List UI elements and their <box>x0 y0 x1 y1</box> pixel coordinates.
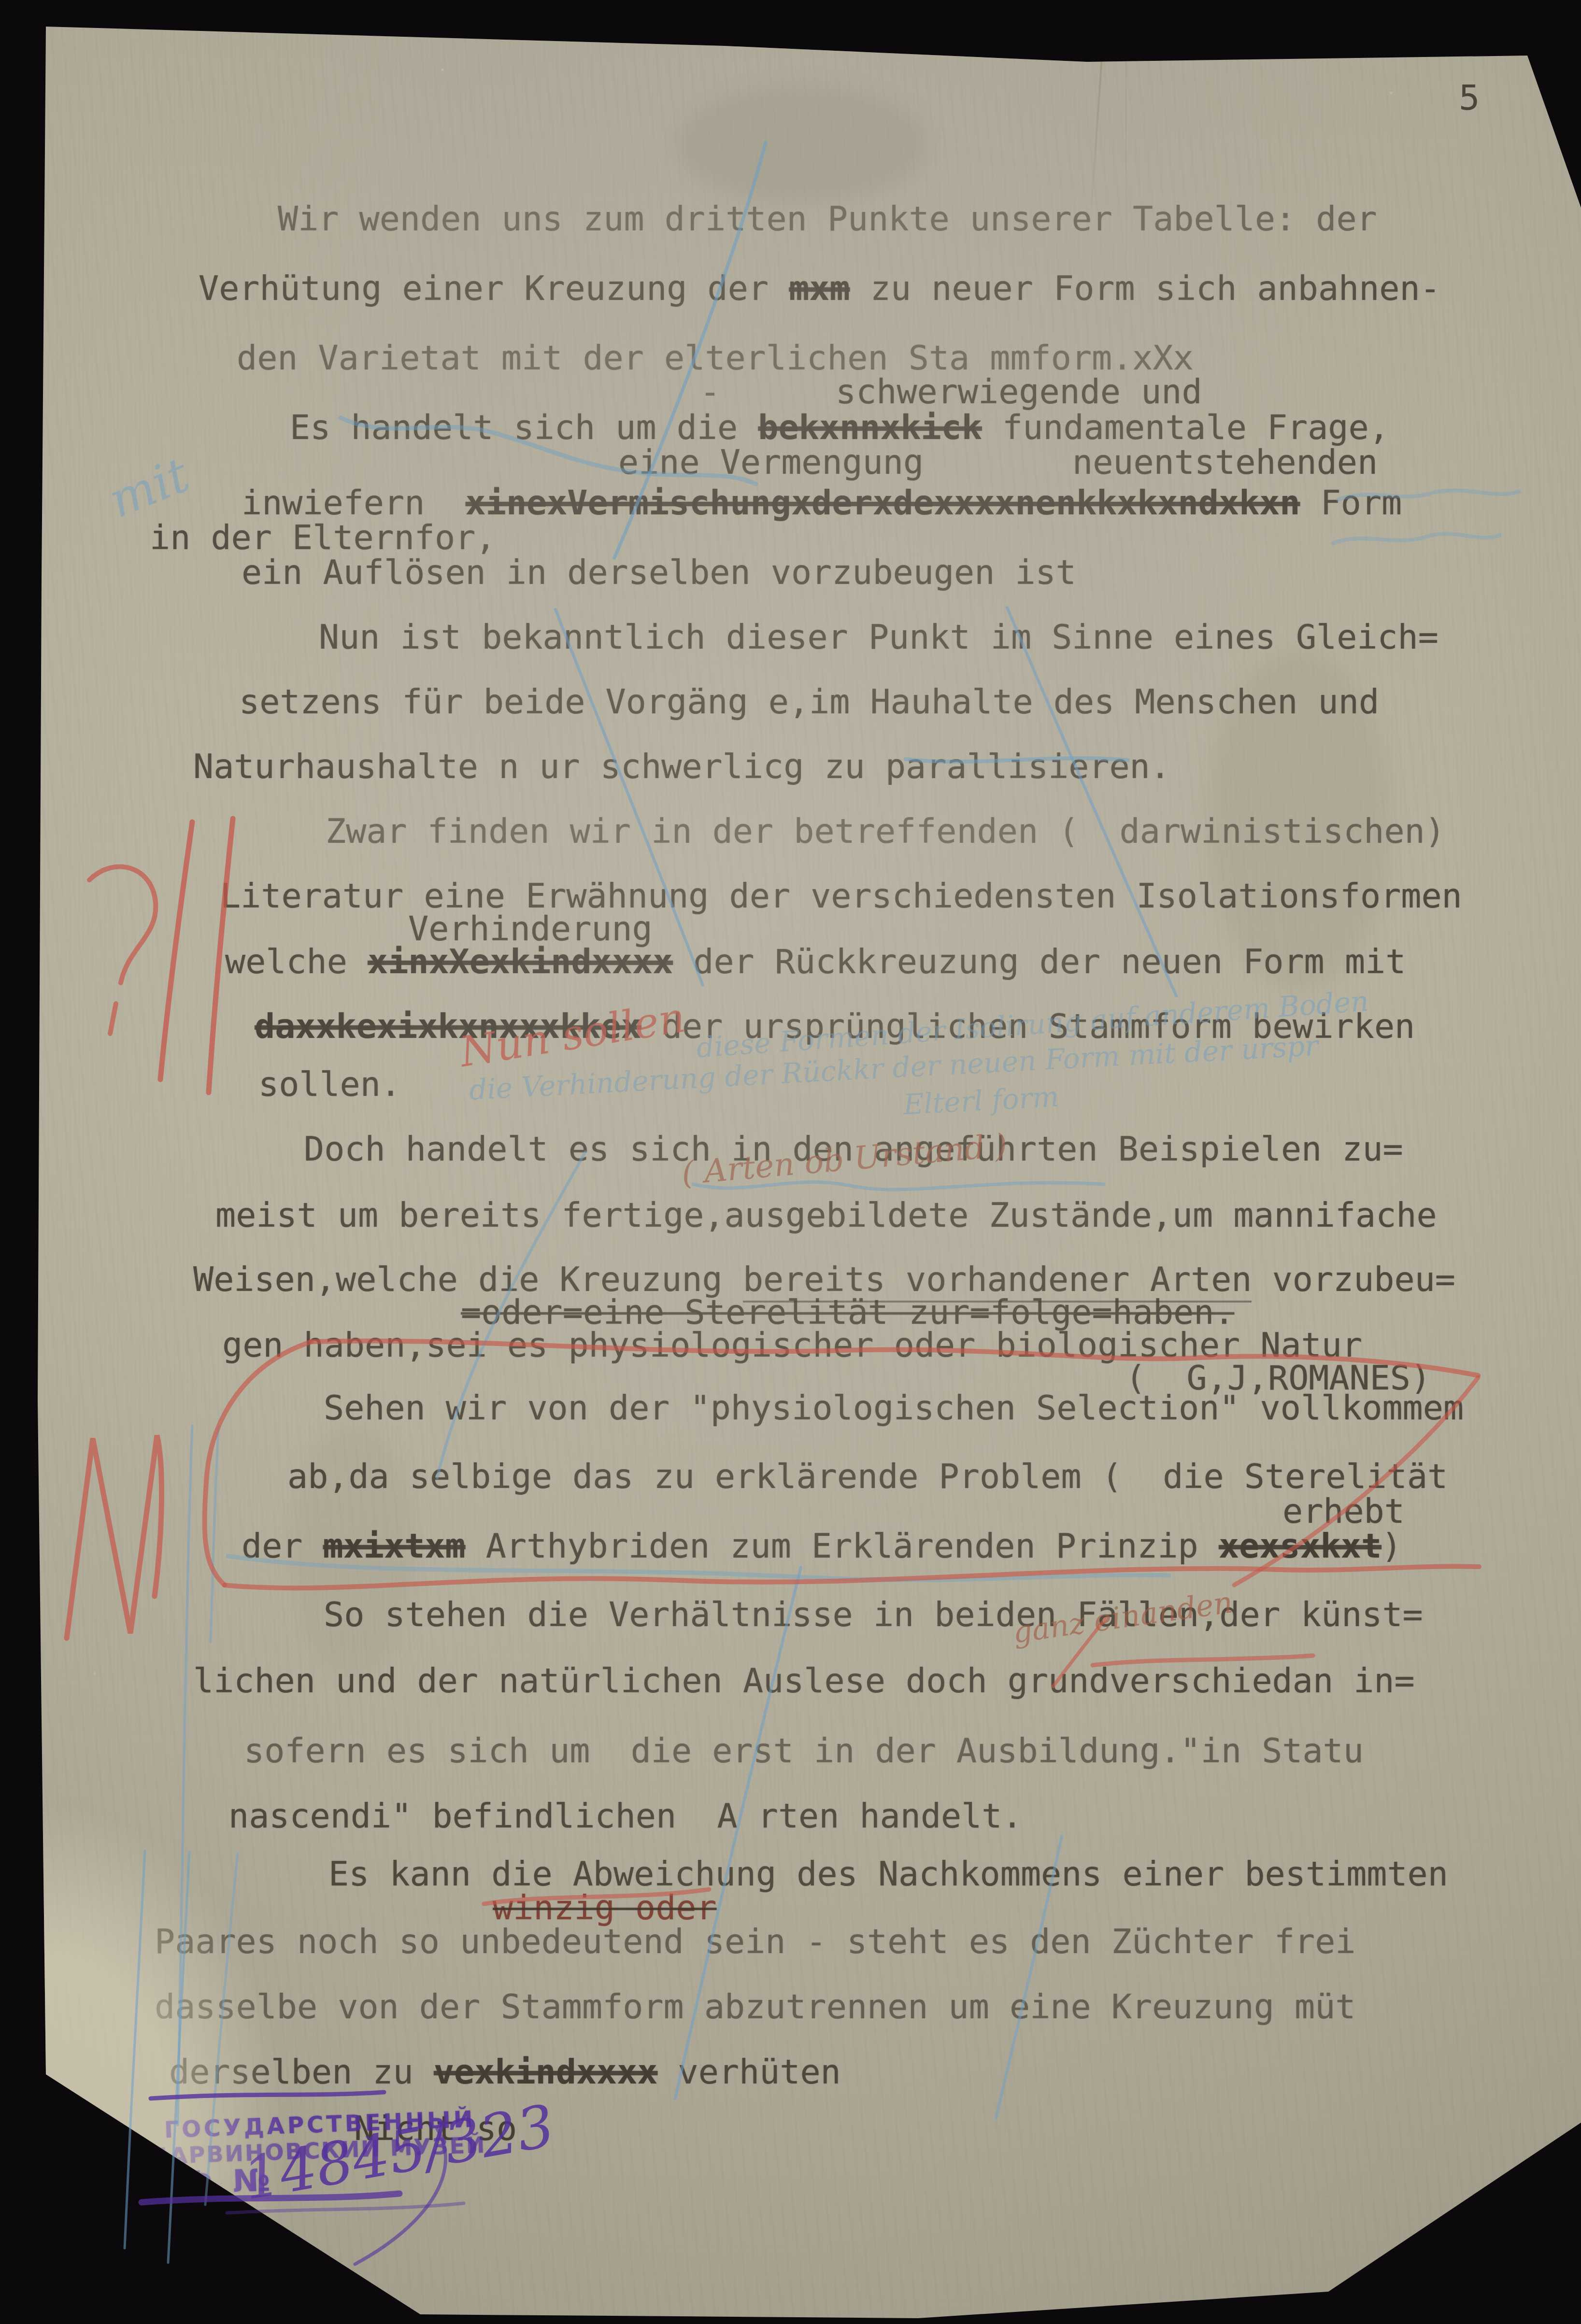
typed-text: dasselbe von der Stammform abzutrennen u… <box>155 1987 1355 2026</box>
typed-text: zu neuer Form sich anbahnen- <box>850 269 1440 308</box>
typed-text: ) <box>1382 1526 1402 1566</box>
typed-line: Sehen wir von der "physiologischen Selec… <box>324 1391 1464 1425</box>
typed-text: - <box>700 372 720 411</box>
typed-overstruck-word: vexkindxxxx <box>434 2052 658 2092</box>
typed-line: welche xinxXexkindxxxx der Rückkreuzung … <box>225 945 1406 978</box>
page-number: 5 <box>1459 77 1480 118</box>
typed-text: ab,da selbige das zu erklärende Problem … <box>287 1457 1448 1496</box>
typed-line: ab,da selbige das zu erklärende Problem … <box>287 1460 1448 1493</box>
typed-text: Verhütung einer Kreuzung der <box>199 269 789 308</box>
typed-line: Es kann die Abweichung des Nachkommens e… <box>328 1857 1448 1891</box>
typed-text: Form <box>1300 483 1402 523</box>
typed-line: dasselbe von der Stammform abzutrennen u… <box>155 1990 1355 2024</box>
typed-text: Paares noch so unbedeutend sein - steht … <box>155 1922 1355 1961</box>
typed-line: Paares noch so unbedeutend sein - steht … <box>155 1925 1355 1958</box>
typed-line: - <box>700 375 720 409</box>
typed-line: Nun ist bekanntlich dieser Punkt im Sinn… <box>319 620 1439 654</box>
typed-line: Verhütung einer Kreuzung der mxm zu neue… <box>199 271 1440 305</box>
typed-overstruck-word: bekxnnxkick <box>758 408 982 447</box>
typed-text: der Rückkreuzung der neuen Form mit <box>673 942 1406 981</box>
typed-line: in der Elternfor, <box>150 521 496 554</box>
typed-text: sofern es sich um die erst in der Ausbil… <box>244 1731 1364 1771</box>
typed-line: ein Auflösen in derselben vorzubeugen is… <box>242 555 1076 589</box>
typed-text: Sehen wir von der "physiologischen Selec… <box>324 1388 1464 1428</box>
paper-crease <box>1091 62 1103 207</box>
typed-text: Naturhaushalte n ur schwerlicg zu parall… <box>193 747 1170 786</box>
typed-line: Naturhaushalte n ur schwerlicg zu parall… <box>193 750 1170 783</box>
typed-overstruck-word: mxm <box>789 269 850 308</box>
typed-text: Es handelt sich um die <box>290 408 758 447</box>
paper-crease-2 <box>1125 58 1126 280</box>
typed-overstruck-word: mxixtxm <box>323 1526 466 1566</box>
typed-text: nascendi" befindlichen A rten handelt. <box>228 1796 1023 1836</box>
typed-line: winzig oder <box>493 1891 717 1925</box>
typed-line: Weisen,welche die Kreuzung bereits vorha… <box>193 1262 1455 1296</box>
typed-line: gen haben,sei es physiologischer oder bi… <box>222 1328 1362 1362</box>
typed-text: So stehen die Verhältnisse in beiden Fäl… <box>324 1595 1423 1634</box>
typed-text: sollen. <box>258 1064 401 1104</box>
typed-text: eine Vermengung <box>618 442 924 482</box>
paper-sheet: 5 Wir wenden uns zum dritten Punkte unse… <box>0 0 1581 2324</box>
typed-text: Literatur eine Erwähnung der verschieden… <box>220 876 1462 916</box>
typed-text: verhüten <box>657 2052 840 2092</box>
typed-text: erhebt <box>1282 1491 1405 1531</box>
typed-line: lichen und der natürlichen Auslese doch … <box>193 1664 1415 1698</box>
typed-text: setzens für beide Vorgäng e,im Hauhalte … <box>239 682 1379 722</box>
typed-text: welche <box>225 942 368 981</box>
typed-line: neuentstehenden <box>1072 445 1378 479</box>
typed-line: Wir wenden uns zum dritten Punkte unsere… <box>278 202 1377 236</box>
typed-line: setzens für beide Vorgäng e,im Hauhalte … <box>239 685 1379 719</box>
typed-line: sollen. <box>258 1067 401 1101</box>
typed-line: erhebt <box>1282 1494 1405 1528</box>
typed-line: der mxixtxm Arthybriden zum Erklärenden … <box>242 1529 1402 1563</box>
typed-line: eine Vermengung <box>618 445 924 479</box>
margin-note-mit: mit <box>102 450 195 525</box>
typed-text: Wir wenden uns zum dritten Punkte unsere… <box>278 199 1377 239</box>
typed-line: nascendi" befindlichen A rten handelt. <box>228 1799 1023 1833</box>
typed-text: Nun ist bekanntlich dieser Punkt im Sinn… <box>319 617 1439 657</box>
typed-line: =oder=eine Sterelität zur=folge=haben. <box>461 1295 1234 1329</box>
typed-text: in der Elternfor, <box>150 518 496 557</box>
typed-line: Literatur eine Erwähnung der verschieden… <box>220 879 1462 913</box>
typed-line: derselben zu vexkindxxxx verhüten <box>169 2055 841 2089</box>
typed-overstruck-word: xinexVermischungxderxdexxxxnenkkxkxndxkx… <box>466 483 1300 523</box>
typed-line: Es handelt sich um die bekxnnxkick funda… <box>290 411 1389 444</box>
stamp-line-3: ОФ № <box>150 2163 276 2203</box>
typed-text: Arthybriden zum Erklärenden Prinzip <box>466 1526 1219 1566</box>
typed-line: den Varietat mit der elterlichen Sta mmf… <box>237 341 1194 375</box>
typed-text: Zwar finden wir in der betreffenden ( da… <box>326 811 1445 851</box>
typed-text: meist um bereits fertige,ausgebildete Zu… <box>215 1195 1437 1235</box>
typed-overstruck-word: xexsxkxt <box>1219 1526 1382 1566</box>
typed-line: Zwar finden wir in der betreffenden ( da… <box>326 814 1445 848</box>
typed-text: vorzubeu= <box>1252 1260 1455 1299</box>
typed-text: fundamentale Frage, <box>982 408 1389 447</box>
typed-text: der <box>242 1526 323 1566</box>
typed-overstruck-word: xinxXexkindxxxx <box>368 942 673 981</box>
typed-text: schwerwiegende und <box>836 372 1202 411</box>
typed-line: So stehen die Verhältnisse in beiden Fäl… <box>324 1598 1423 1631</box>
typed-line: sofern es sich um die erst in der Ausbil… <box>244 1734 1364 1768</box>
typed-line: schwerwiegende und <box>836 375 1202 409</box>
typed-text: neuentstehenden <box>1072 442 1378 482</box>
typed-text: inwiefern <box>242 483 466 523</box>
paper-stain <box>676 87 927 203</box>
typed-line: meist um bereits fertige,ausgebildete Zu… <box>215 1198 1437 1232</box>
typed-line: inwiefern xinexVermischungxderxdexxxxnen… <box>242 486 1402 520</box>
typed-text: lichen und der natürlichen Auslese doch … <box>193 1661 1415 1700</box>
typed-text: ein Auflösen in derselben vorzubeugen is… <box>242 553 1076 592</box>
scanned-document: 5 Wir wenden uns zum dritten Punkte unse… <box>0 0 1581 2324</box>
typed-text: derselben zu <box>169 2052 434 2092</box>
note-blue-line3: Elterl form <box>903 1083 1060 1119</box>
typed-line: Verhinderung <box>408 912 653 946</box>
